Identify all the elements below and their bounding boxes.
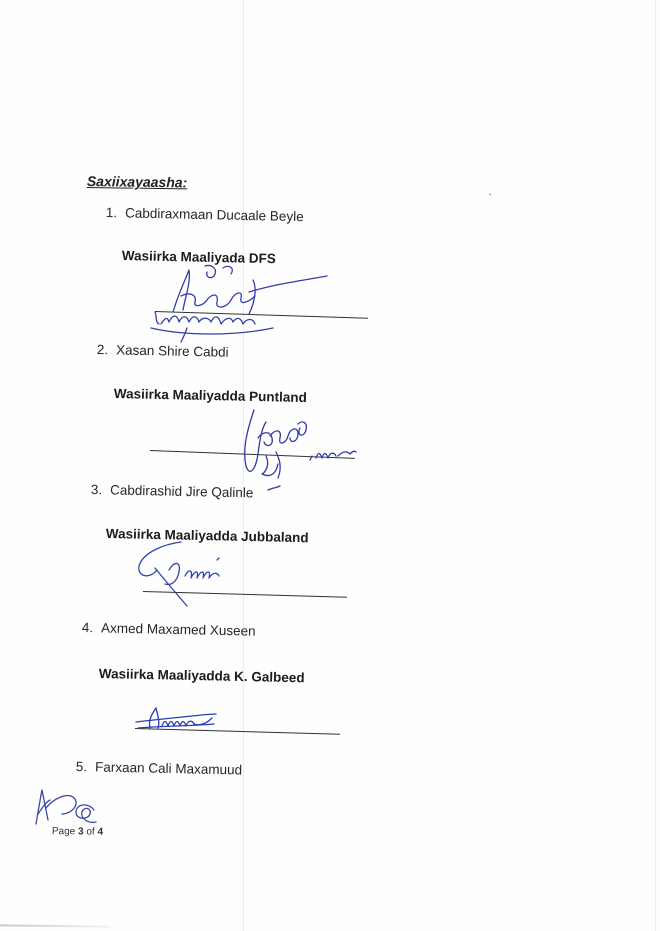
- signatory-name: Cabdiraxmaan Ducaale Beyle: [125, 205, 304, 224]
- signatories-heading: Saxiixayaasha:: [87, 173, 188, 190]
- signatory-number: 4.: [82, 620, 94, 635]
- signatory-4-name: 4.Axmed Maxamed Xuseen: [82, 620, 256, 639]
- scan-speck: [489, 193, 491, 196]
- signature-line-4: [135, 728, 340, 735]
- page-number: Page 3 of 4: [52, 826, 103, 838]
- signatory-1-title: Wasiirka Maaliyada DFS: [122, 248, 276, 266]
- signatory-1-name: 1.Cabdiraxmaan Ducaale Beyle: [106, 205, 304, 224]
- signatory-number: 5.: [76, 759, 88, 774]
- signatory-name: Cabdirashid Jire Qalinle: [110, 482, 254, 500]
- signatory-5-name: 5.Farxaan Cali Maxamuud: [76, 759, 243, 777]
- signature-line-3: [143, 591, 347, 598]
- signatory-2-name: 2.Xasan Shire Cabdi: [97, 342, 229, 360]
- signatory-name: Xasan Shire Cabdi: [116, 342, 229, 359]
- page-edge: [655, 0, 656, 931]
- signature-line-1: [155, 311, 368, 319]
- signature-1: [145, 262, 335, 347]
- page-separator: of: [86, 826, 94, 837]
- signature-3: [135, 540, 255, 615]
- total-pages: 4: [97, 827, 103, 838]
- signatory-3-title: Wasiirka Maaliyadda Jubbaland: [106, 526, 309, 545]
- signatory-4-title: Wasiirka Maaliyadda K. Galbeed: [99, 666, 305, 685]
- signature-4: [132, 704, 222, 739]
- signatory-2-title: Wasiirka Maaliyadda Puntland: [114, 386, 307, 405]
- page-label: Page: [52, 826, 76, 837]
- signatory-number: 1.: [106, 205, 118, 220]
- page-fold-mark: [243, 0, 244, 931]
- document-page: Saxiixayaasha: 1.Cabdiraxmaan Ducaale Be…: [0, 0, 660, 931]
- page-edge-shadow: [0, 924, 110, 927]
- signatory-name: Farxaan Cali Maxamuud: [95, 759, 242, 777]
- signatory-name: Axmed Maxamed Xuseen: [101, 620, 256, 638]
- signature-line-2: [150, 450, 355, 459]
- signatory-3-name: 3.Cabdirashid Jire Qalinle: [91, 482, 254, 500]
- signatory-number: 3.: [91, 482, 103, 497]
- signatory-number: 2.: [97, 342, 109, 357]
- current-page: 3: [78, 826, 84, 837]
